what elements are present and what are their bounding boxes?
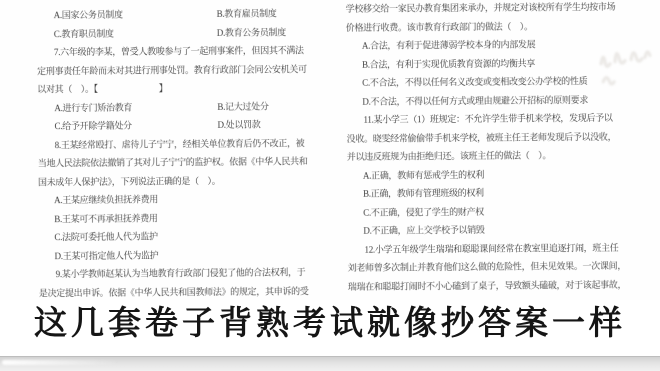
exam-line: 12.小学五年级学生瑞瑞和聪聪课间经常在教室里追逐打闹，班主任 (347, 238, 649, 259)
exam-line: D.王某可指定他人代为监护 (38, 244, 340, 265)
option-text: B.记大过处分 (217, 97, 268, 116)
exam-line: A.进行专门矫治教育B.记大过处分 (37, 96, 339, 117)
exam-line: 刘老师曾多次制止并教育他们这么做的危险性，但未见效果。一次课间， (348, 256, 650, 277)
caption-band: 这几套卷子背熟考试就像抄答案一样 (0, 300, 660, 356)
option-text: B.教育雇员制度 (217, 4, 277, 23)
option-text: A.国家公务员制度 (37, 5, 217, 25)
exam-line: 8.王某经常殴打、虐待儿子宁宁，经相关单位教育后仍不改正，被 (38, 133, 340, 154)
option-text: D.教育公务员制度 (217, 23, 286, 42)
bottom-bar (0, 356, 660, 371)
video-frame: A.国家公务员制度B.教育雇员制度C.教育职员制度D.教育公务员制度7.六年级的… (0, 0, 660, 371)
exam-line: 11.某小学三（1）班规定：不允许学生带手机来学校，发现后予以 (346, 108, 648, 129)
exam-line: 没收。晓雯经常偷偷带手机来学校，被班主任王老师发现后予以没收， (347, 127, 649, 148)
option-text: A.进行专门矫治教育 (37, 97, 217, 117)
exam-line: C.给予开除学籍处分D.处以罚款 (37, 115, 339, 136)
caption-text: 这几套卷子背熟考试就像抄答案一样 (0, 302, 660, 344)
exam-line: A.国家公务员制度B.教育雇员制度 (37, 4, 339, 25)
exam-line: 国未成年人保护法》，下列说法正确的是（ ）。 (38, 170, 340, 191)
exam-line: 9.某小学教师赵某认为当地教育行政部门侵犯了他的合法权利，于 (39, 263, 341, 284)
exam-line: 7.六年级的李某，曾受人教唆参与了一起刑事案件，但因其不满法 (37, 41, 339, 62)
option-text: D.处以罚款 (217, 116, 260, 135)
exam-line: 价格进行收费。该市教育行政部门的做法（ ）。 (346, 16, 648, 37)
exam-line: C.法院可委托他人代为监护 (38, 226, 340, 247)
bottom-bar-gloss (2, 360, 120, 365)
exam-line: 定刑事责任年龄而未对其进行刑事处罚。教育行政部门会同公安机关可 (37, 59, 339, 80)
exam-line: 当地人民法院依法撤销了其对儿子宁宁的监护权。依据《中华人民共和 (38, 152, 340, 173)
exam-line: 以对其（ ）。【 】 (37, 78, 339, 99)
watermark (595, 37, 657, 95)
exam-line: A.正确，教师有惩戒学生的权利 (347, 164, 649, 185)
exam-line: A.王某应继续负担抚养费用 (38, 189, 340, 210)
exam-line: C.不正确，侵犯了学生的财产权 (347, 201, 649, 222)
exam-column-left: A.国家公务员制度B.教育雇员制度C.教育职员制度D.教育公务员制度7.六年级的… (37, 4, 341, 302)
option-text: C.教育职员制度 (37, 23, 217, 43)
exam-line: B.正确，教师有管理班级的权利 (347, 182, 649, 203)
exam-line: 学校移交给一家民办教育集团来承办，并规定对该校所有学生均按市场 (346, 0, 648, 18)
exam-line: B.王某可不再承担抚养费用 (38, 207, 340, 228)
option-text: C.给予开除学籍处分 (37, 116, 217, 136)
exam-line: C.教育职员制度D.教育公务员制度 (37, 22, 339, 43)
exam-line: 瑞瑞在和聪聪打闹时不小心磕到了桌子，导致额头磕破，对于该起事故， (348, 275, 650, 296)
exam-line: D.不正确，应上交学校予以销毁 (347, 219, 649, 240)
exam-line: 并以违反班规为由拒绝归还。该班主任的做法（ ）。 (347, 145, 649, 166)
